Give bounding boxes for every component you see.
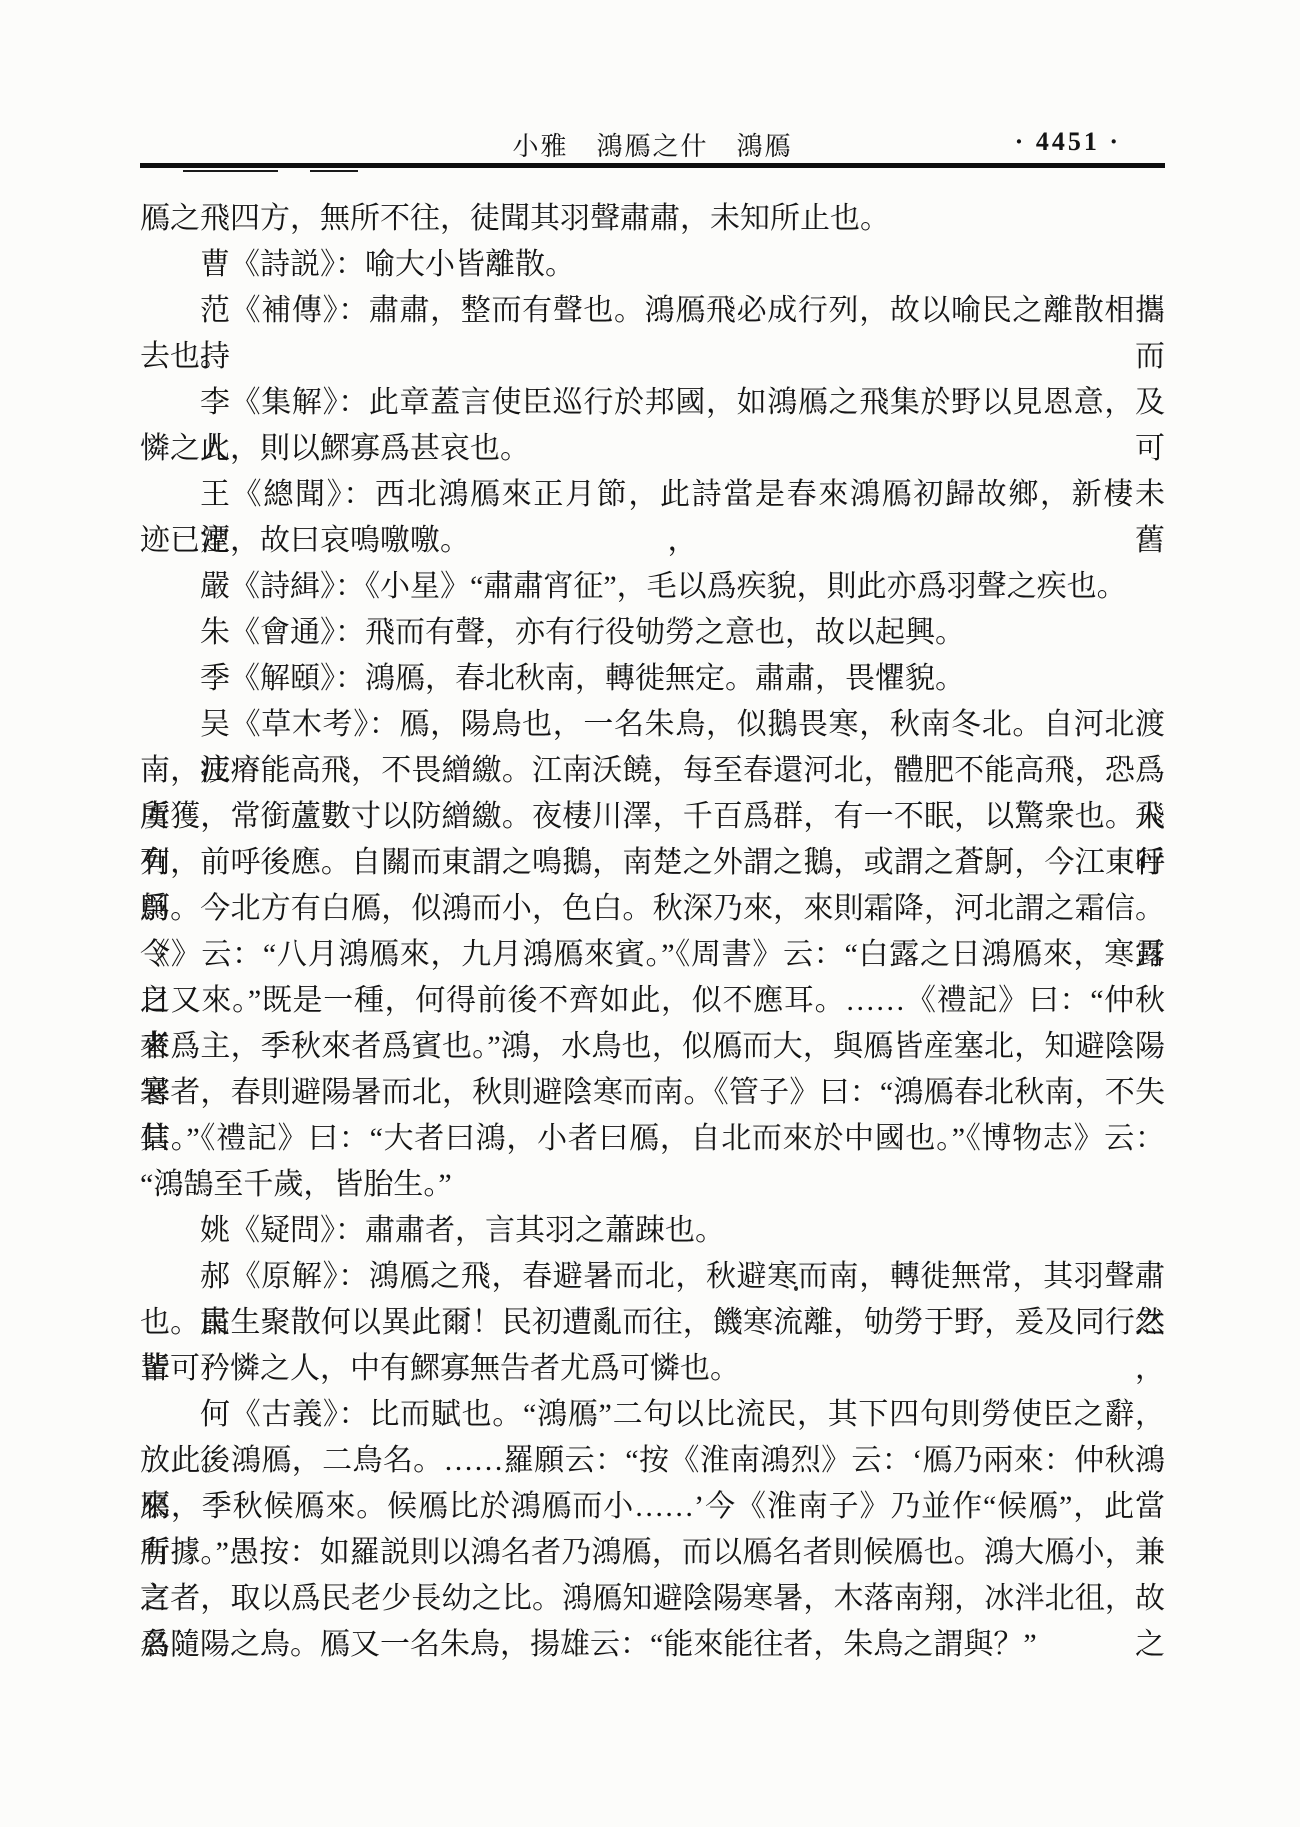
text-line: 嚴《詩緝》：《小星》“肅肅宵征”，毛以爲疾貌，則此亦爲羽聲之疾也。 — [140, 564, 1165, 610]
text-line: 所獲，常銜蘆數寸以防繒繳。夜棲川澤，千百爲群，有一不眠，以驚衆也。飛有行 — [140, 794, 1165, 840]
text-line: 郝《原解》：鴻鴈之飛，春避暑而北，秋避寒而南，轉徙無常，其羽聲肅肅然 — [140, 1254, 1165, 1300]
scan-speck — [508, 486, 512, 490]
text-line: 爲隨陽之鳥。鴈又一名朱鳥，揚雄云：“能來能往者，朱鳥之謂與？” — [140, 1622, 1165, 1668]
text-line: 季《解頤》：鴻鴈，春北秋南，轉徙無定。肅肅，畏懼貌。 — [140, 656, 1165, 702]
text-line: “鴻鵠至千歲，皆胎生。” — [140, 1162, 1165, 1208]
text-line: 姚《疑問》：肅肅者，言其羽之蕭踈也。 — [140, 1208, 1165, 1254]
text-line: 令》云：“八月鴻鴈來，九月鴻鴈來賓。”《周書》云：“白露之日鴻鴈來，寒露之 — [140, 932, 1165, 978]
text-line: 曹《詩説》：喻大小皆離散。 — [140, 242, 1165, 288]
text-line: 信。”《禮記》曰：“大者曰鴻，小者曰鴈，自北而來於中國也。”《博物志》云： — [140, 1116, 1165, 1162]
text-line: 朱《會通》：飛而有聲，亦有行役劬勞之意也，故以起興。 — [140, 610, 1165, 656]
text-line: 吴《草木考》：鴈，陽鳥也，一名朱鳥，似鵝畏寒，秋南冬北。自河北渡江 — [140, 702, 1165, 748]
text-line: 日又來。”既是一種，何得前後不齊如此，似不應耳。……《禮記》曰：“仲秋來 — [140, 978, 1165, 1024]
text-line: 南，疲瘠能高飛，不畏繒繳。江南沃饒，每至春還河北，體肥不能高飛，恐爲虞人 — [140, 748, 1165, 794]
header-rule — [140, 163, 1165, 168]
text-line: 列，前呼後應。自關而東謂之鳴鵝，南楚之外謂之鵝，或謂之蒼鴚，今江東呼爲 — [140, 840, 1165, 886]
page-number: · 4451 · — [1015, 127, 1121, 157]
header-rule-fragment — [183, 170, 278, 172]
text-line: 何《古義》：比而賦也。“鴻鴈”二句以比流民，其下四句則勞使臣之辭，後 — [140, 1392, 1165, 1438]
text-line: 放此。鴻鴈，二鳥名。……羅願云：“按《淮南鴻烈》云：‘鴈乃兩來：仲秋鴻鴈 — [140, 1438, 1165, 1484]
running-head: 小雅 鴻鴈之什 鴻鴈 · 4451 · — [140, 126, 1165, 162]
text-line: 暑者，春則避陽暑而北，秋則避陰寒而南。《管子》曰：“鴻鴈春北秋南，不失其 — [140, 1070, 1165, 1116]
text-line: 范《補傳》：肅肅，整而有聲也。鴻鴈飛必成行列，故以喻民之離散相攜持而 — [140, 288, 1165, 334]
text-line: 之者，取以爲民老少長幼之比。鴻鴈知避陰陽寒暑，木落南翔，冰泮北徂，故名之 — [140, 1576, 1165, 1622]
scan-speck — [794, 1286, 798, 1291]
text-line: 者爲主，季秋來者爲賓也。”鴻，水鳥也，似鴈而大，與鴈皆産塞北，知避陰陽寒 — [140, 1024, 1165, 1070]
commentary-text-block: 鴈之飛四方，無所不往，徒聞其羽聲肅肅，未知所止也。曹《詩説》：喻大小皆離散。范《… — [140, 196, 1165, 1668]
section-title: 小雅 鴻鴈之什 鴻鴈 — [140, 126, 1165, 163]
text-line: 也。民生聚散何以異此爾！民初遭亂而往，饑寒流離，劬勞于野，爰及同行之輩， — [140, 1300, 1165, 1346]
text-line: 鴚。今北方有白鴈，似鴻而小，色白。秋深乃來，來則霜降，河北謂之霜信。《月 — [140, 886, 1165, 932]
text-line: 李《集解》：此章蓋言使臣巡行於邦國，如鴻鴈之飛集於野以見恩意，及此可 — [140, 380, 1165, 426]
text-line: 來，季秋候鴈來。候鴈比於鴻鴈而小……’今《淮南子》乃並作“候鴈”，此當有 — [140, 1484, 1165, 1530]
text-line: 鴈之飛四方，無所不往，徒聞其羽聲肅肅，未知所止也。 — [140, 196, 1165, 242]
text-line: 王《總聞》：西北鴻鴈來正月節，此詩當是春來鴻鴈初歸故鄉，新棲未定，舊 — [140, 472, 1165, 518]
book-page: 小雅 鴻鴈之什 鴻鴈 · 4451 · 鴈之飛四方，無所不往，徒聞其羽聲肅肅，未… — [0, 0, 1300, 1827]
header-rule-fragment — [310, 170, 358, 172]
text-line: 所據。”愚按：如羅説則以鴻名者乃鴻鴈，而以鴈名者則候鴈也。鴻大鴈小，兼言 — [140, 1530, 1165, 1576]
